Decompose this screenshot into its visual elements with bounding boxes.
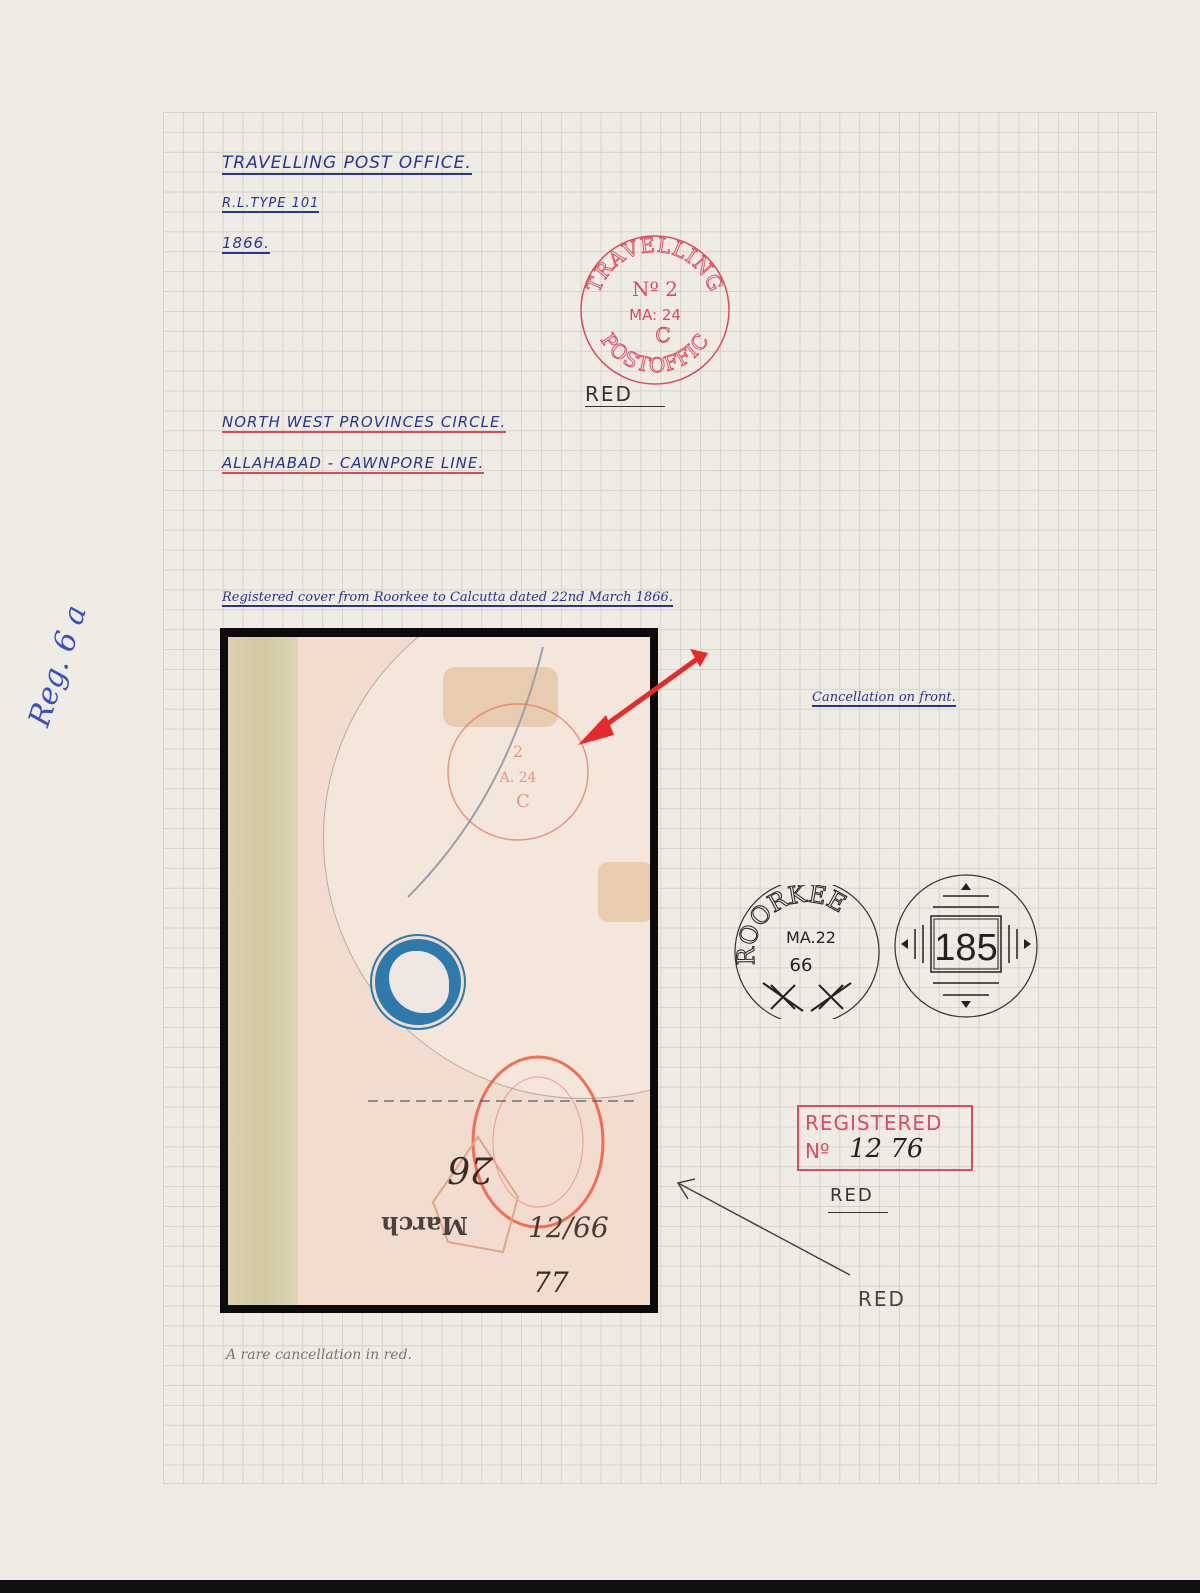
travelling-post-office-postmark: TRAVELLING POSTOFFIC Nº 2 MA: 24 C (575, 230, 735, 390)
circle-heading: NORTH WEST PROVINCES CIRCLE. (222, 413, 506, 433)
page-reference-note: Reg. 6 a (22, 601, 94, 731)
svg-text:A. 24: A. 24 (499, 770, 537, 786)
svg-text:12/66: 12/66 (528, 1211, 609, 1244)
arrow-ink-label: RED (858, 1287, 906, 1311)
svg-text:66: 66 (790, 955, 813, 976)
svg-text:ROORKEE: ROORKEE (733, 885, 851, 965)
svg-text:C: C (655, 323, 670, 347)
svg-text:2: 2 (513, 742, 523, 761)
front-cancellation-caption: Cancellation on front. (812, 690, 956, 707)
page-title: TRAVELLING POST OFFICE. (222, 153, 472, 175)
ink-color-label: RED (585, 382, 633, 406)
bottom-note: A rare cancellation in red. (226, 1347, 412, 1363)
numeral-cancel-drawing: 185 (893, 873, 1039, 1019)
registered-label-drawing: REGISTERED Nº 12 76 (797, 1105, 973, 1171)
number-prefix: Nº (805, 1139, 829, 1163)
svg-text:C: C (516, 791, 530, 812)
pen-arrow-icon (670, 1175, 860, 1285)
svg-text:March: March (381, 1211, 468, 1240)
scan-edge (0, 1580, 1200, 1593)
svg-text:185: 185 (934, 927, 997, 969)
cover-caption: Registered cover from Roorkee to Calcutt… (222, 590, 673, 607)
svg-text:77: 77 (533, 1266, 569, 1299)
underline (585, 406, 665, 407)
roorkee-postmark-drawing: ROORKEE MA.22 66 (733, 885, 881, 1019)
svg-text:MA: 24: MA: 24 (629, 306, 681, 324)
line-heading: ALLAHABAD - CAWNPORE LINE. (222, 454, 484, 474)
queen-head-emboss (389, 951, 449, 1013)
registered-text: REGISTERED (805, 1111, 942, 1135)
svg-text:MA.22: MA.22 (786, 928, 836, 947)
embossed-stamp (372, 936, 464, 1028)
svg-text:Nº 2: Nº 2 (632, 277, 678, 301)
registration-number: 12 76 (849, 1134, 923, 1164)
type-reference: R.L.TYPE 101 (222, 196, 319, 213)
album-page: Reg. 6 a TRAVELLING POST OFFICE. R.L.TYP… (0, 0, 1200, 1580)
year-label: 1866. (222, 234, 270, 254)
svg-text:26: 26 (447, 1148, 494, 1189)
red-arrow-icon (570, 645, 710, 755)
